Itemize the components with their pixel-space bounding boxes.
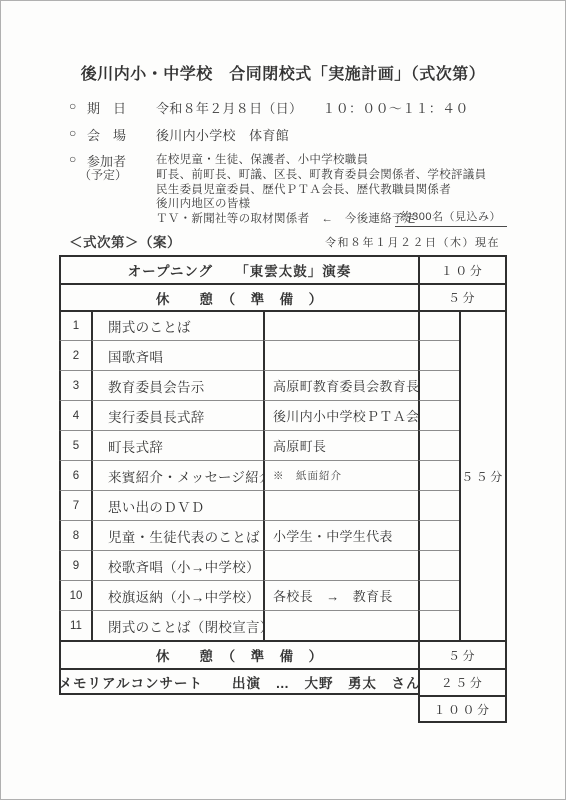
participants-line: ＴＶ・新聞社等の取材関係者 ← 今後連絡予定 xyxy=(156,210,416,226)
item-detail: 各校長 → 教育長 xyxy=(263,580,418,610)
item-detail: 高原町長 xyxy=(263,430,418,460)
participants-line: 後川内地区の皆様 xyxy=(156,195,250,211)
opening-label: オープニング 「東雲太鼓」演奏 xyxy=(59,255,418,283)
item-duration-cell xyxy=(418,400,459,430)
item-detail: 小学生・中学生代表 xyxy=(263,520,418,550)
circle-bullet-icon: ○ xyxy=(69,126,76,140)
venue-value: 後川内小学校 体育館 xyxy=(156,125,289,144)
item-no: 10 xyxy=(59,580,91,610)
item-detail: 後川内小中学校ＰＴＡ会長 xyxy=(263,400,418,430)
item-duration-cell xyxy=(418,490,459,520)
item-no: 9 xyxy=(59,550,91,580)
item-detail xyxy=(263,490,418,520)
program-table: オープニング 「東雲太鼓」演奏 １０分 休 憩 （ 準 備 ） ５分 1 開式の… xyxy=(59,255,507,723)
circle-bullet-icon: ○ xyxy=(69,99,76,113)
item-duration-cell xyxy=(418,580,459,610)
agenda-heading: ＜式次第＞（案） xyxy=(69,231,181,251)
item-title: 来賓紹介・メッセージ紹介 xyxy=(91,460,263,490)
item-duration-cell xyxy=(418,370,459,400)
break-duration: ５分 xyxy=(418,283,507,310)
item-detail: ※ 紙面紹介 xyxy=(263,460,418,490)
item-title: 教育委員会告示 xyxy=(91,370,263,400)
participants-line: 町長、前町長、町議、区長、町教育委員会関係者、学校評議員 xyxy=(156,166,486,182)
venue-label: 会 場 xyxy=(87,125,126,144)
item-no: 5 xyxy=(59,430,91,460)
item-no: 1 xyxy=(59,310,91,340)
participants-sublabel: （予定） xyxy=(79,166,127,183)
participants-line: 在校児童・生徒、保護者、小中学校職員 xyxy=(156,151,368,167)
item-duration-cell xyxy=(418,610,459,640)
item-no: 6 xyxy=(59,460,91,490)
ceremony-total-duration: ５５分 xyxy=(459,310,507,640)
opening-duration: １０分 xyxy=(418,255,507,283)
document-page: 後川内小・中学校 合同閉校式「実施計画」（式次第） ○ 期 日 令和８年２月８日… xyxy=(0,0,566,800)
grand-total-duration: １００分 xyxy=(418,695,507,723)
item-title: 国歌斉唱 xyxy=(91,340,263,370)
item-title: 実行委員長式辞 xyxy=(91,400,263,430)
item-title: 閉式のことば（閉校宣言） xyxy=(91,610,263,640)
as-of-date: 令和８年１月２２日（木）現在 xyxy=(325,234,500,250)
item-no: 4 xyxy=(59,400,91,430)
date-label: 期 日 xyxy=(87,98,126,117)
break-label: 休 憩 （ 準 備 ） xyxy=(59,283,418,310)
item-duration-cell xyxy=(418,310,459,340)
date-row: ○ 期 日 令和８年２月８日（日） １０：００～１１：４０ xyxy=(1,98,565,114)
item-detail xyxy=(263,610,418,640)
item-no: 2 xyxy=(59,340,91,370)
item-duration-cell xyxy=(418,340,459,370)
item-duration-cell xyxy=(418,430,459,460)
item-title: 校旗返納（小→中学校） xyxy=(91,580,263,610)
item-duration-cell xyxy=(418,520,459,550)
item-detail xyxy=(263,310,418,340)
break-label: 休 憩 （ 準 備 ） xyxy=(59,640,418,668)
circle-bullet-icon: ○ xyxy=(69,152,76,166)
expected-attendance: 約300名（見込み） xyxy=(395,208,507,227)
date-value: 令和８年２月８日（日） １０：００～１１：４０ xyxy=(156,98,469,117)
break-duration: ５分 xyxy=(418,640,507,668)
item-title: 開式のことば xyxy=(91,310,263,340)
item-duration-cell xyxy=(418,460,459,490)
item-title: 児童・生徒代表のことば xyxy=(91,520,263,550)
document-title: 後川内小・中学校 合同閉校式「実施計画」（式次第） xyxy=(1,61,565,84)
item-detail: 高原町教育委員会教育長 xyxy=(263,370,418,400)
item-detail xyxy=(263,340,418,370)
item-duration-cell xyxy=(418,550,459,580)
item-detail xyxy=(263,550,418,580)
item-no: 3 xyxy=(59,370,91,400)
concert-label: メモリアルコンサート 出演 … 大野 勇太 さん xyxy=(59,668,418,695)
item-title: 思い出のＤＶＤ xyxy=(91,490,263,520)
item-title: 校歌斉唱（小→中学校） xyxy=(91,550,263,580)
item-no: 11 xyxy=(59,610,91,640)
concert-duration: ２５分 xyxy=(418,668,507,695)
item-no: 7 xyxy=(59,490,91,520)
venue-row: ○ 会 場 後川内小学校 体育館 xyxy=(1,125,565,141)
item-no: 8 xyxy=(59,520,91,550)
item-title: 町長式辞 xyxy=(91,430,263,460)
